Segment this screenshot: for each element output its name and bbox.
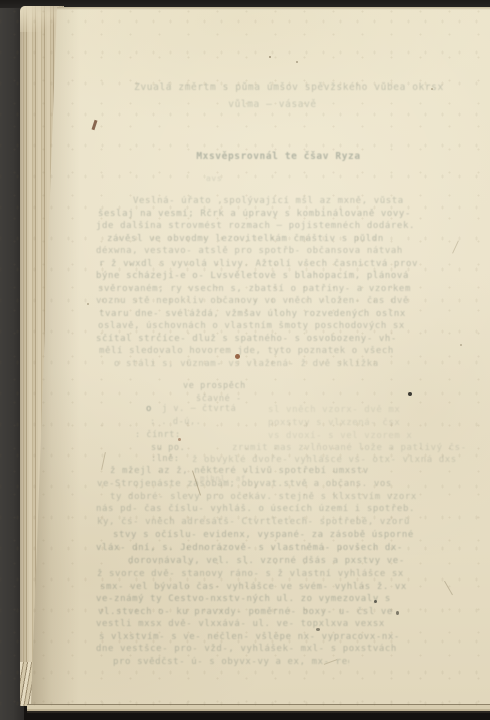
scratch-mark: [452, 240, 459, 253]
dot-mark: [396, 611, 399, 615]
scratch-mark: [192, 470, 201, 495]
dot-mark: [87, 303, 89, 305]
dot-mark: [269, 56, 271, 58]
dot-mark: [316, 628, 320, 631]
dot-mark: [408, 392, 412, 396]
scratch-mark: [324, 659, 337, 665]
scratch-mark: [444, 581, 453, 595]
dot-mark: [374, 600, 377, 603]
dot-mark: [431, 88, 433, 90]
scan-photo: Zvualá změrtm s půma úmšov spěvžského vů…: [0, 0, 490, 720]
marks-layer: [0, 0, 490, 720]
scratch-mark: [101, 452, 106, 470]
dot-mark: [178, 438, 181, 441]
dot-mark: [460, 344, 462, 346]
dot-mark: [235, 354, 240, 359]
stroke-mark: [92, 120, 98, 130]
dot-mark: [296, 61, 298, 63]
